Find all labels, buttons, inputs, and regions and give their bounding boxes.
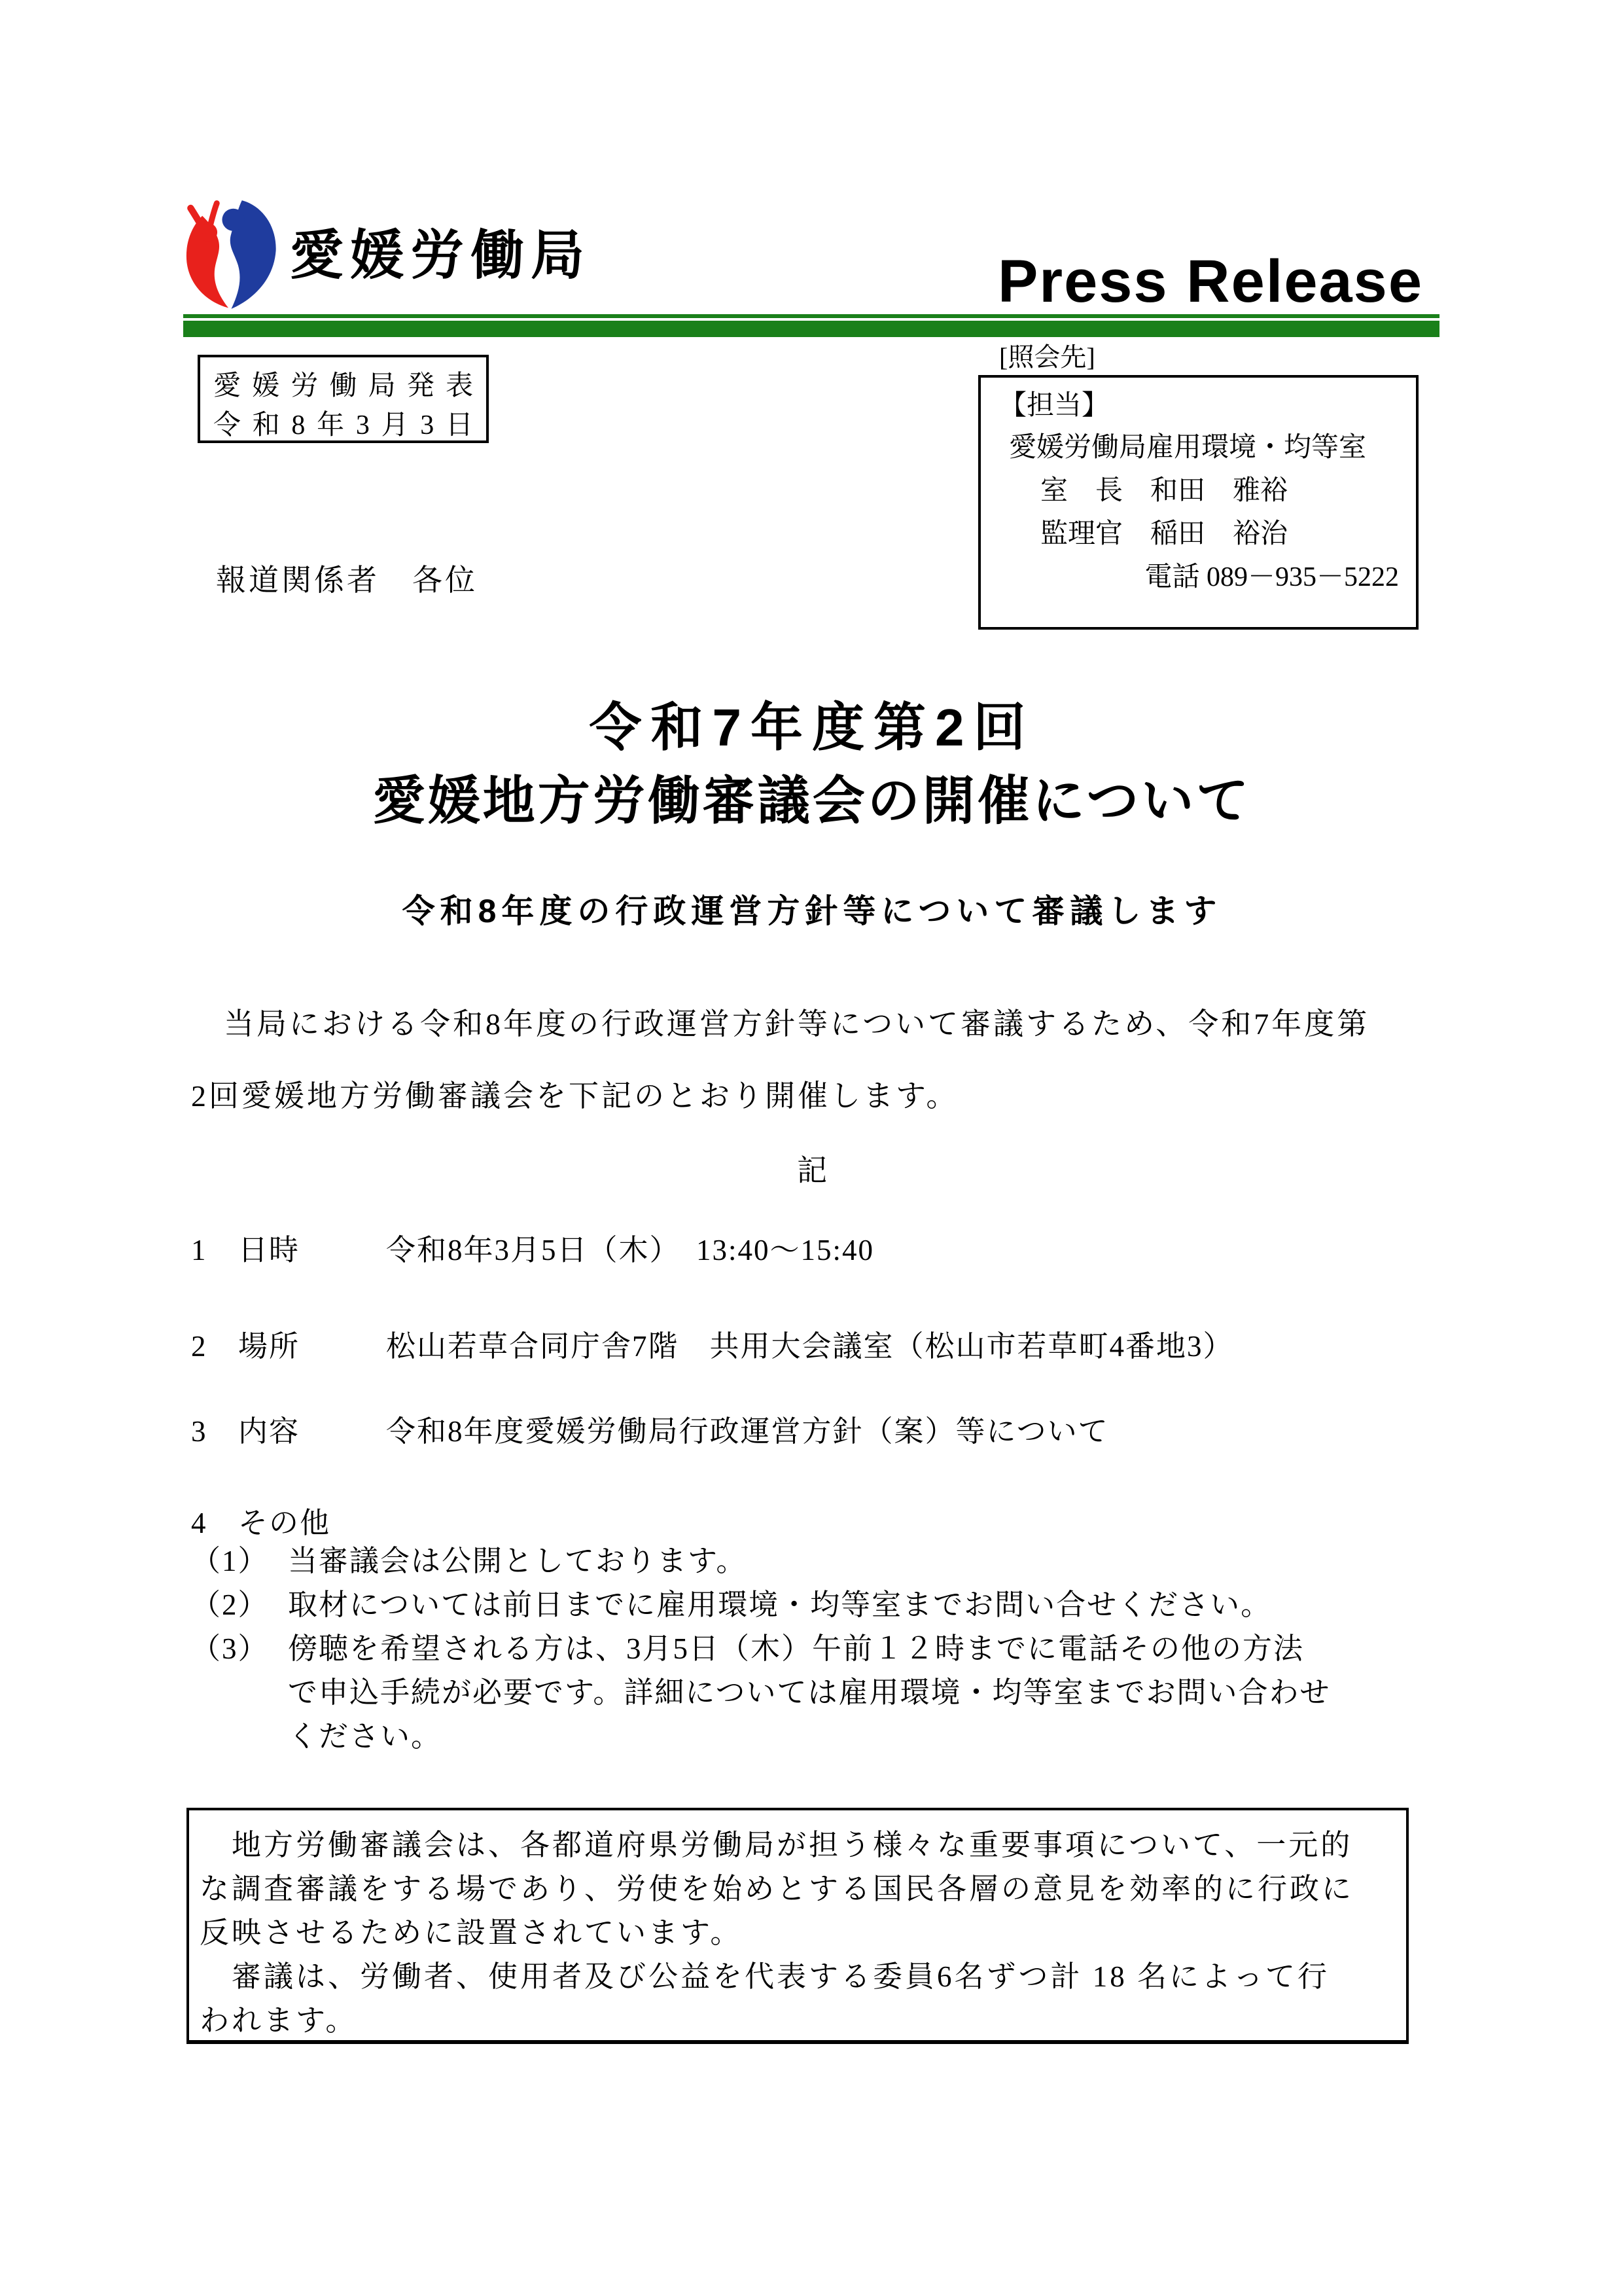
others-subitem-1: （1）当審議会は公開としております。: [191, 1539, 747, 1583]
title-line2: 愛媛地方労働審議会の開催について: [0, 764, 1624, 838]
item-others-heading: 4その他: [191, 1499, 330, 1541]
note-line: 反映させるために設置されています。: [200, 1911, 1397, 1955]
contact-phone: 電話 089－935－5222: [999, 556, 1399, 599]
addressee: 報道関係者 各位: [216, 556, 478, 600]
subitem-marker: （3）: [191, 1627, 288, 1671]
others-subitem-3: （3） 傍聴を希望される方は、3月5日（木）午前１２時までに電話その他の方法 で…: [191, 1627, 1331, 1759]
others-subitem-2: （2）取材については前日までに雇用環境・均等室までお問い合せください。: [191, 1583, 1271, 1627]
item-label: 場所: [238, 1322, 386, 1365]
item-value: 令和8年3月5日（木） 13:40～15:40: [386, 1234, 874, 1266]
note-line: 地方労働審議会は、各都道府県労働局が担う様々な重要事項について、一元的: [200, 1823, 1397, 1867]
item-label: 日時: [238, 1226, 386, 1268]
item-number: 2: [191, 1329, 238, 1363]
document-title: 令和7年度第2回 愛媛地方労働審議会の開催について: [0, 691, 1624, 838]
item-number: 1: [191, 1233, 238, 1267]
note-line: 審議は、労働者、使用者及び公益を代表する委員6名ずつ計 18 名によって行: [200, 1955, 1397, 1999]
press-release-page: 愛媛労働局 Press Release 愛媛労働局発表 令和8年3月3日 [照会…: [0, 0, 1624, 2296]
item-label: その他: [238, 1507, 330, 1539]
body-line: 2回愛媛地方労働審議会を下記のとおり開催します。: [191, 1060, 1434, 1132]
subitem-line: 傍聴を希望される方は、3月5日（木）午前１２時までに電話その他の方法: [288, 1627, 1331, 1671]
green-rule-thick: [183, 321, 1439, 337]
body-line: 当局における令和8年度の行政運営方針等について審議するため、令和7年度第: [191, 988, 1434, 1060]
item-number: 4: [191, 1506, 238, 1540]
subitem-line: 取材については前日までに雇用環境・均等室までお問い合せください。: [288, 1583, 1271, 1627]
note-box: 地方労働審議会は、各都道府県労働局が担う様々な重要事項について、一元的 な調査審…: [186, 1808, 1409, 2044]
subitem-line: で申込手続が必要です。詳細については雇用環境・均等室までお問い合わせ: [288, 1671, 1331, 1715]
green-rule-thin: [183, 314, 1439, 318]
subitem-marker: （2）: [191, 1583, 288, 1627]
subitem-marker: （1）: [191, 1539, 288, 1583]
press-release-title: Press Release: [998, 251, 1423, 312]
ki-marker: 記: [0, 1147, 1624, 1190]
contact-person-supervisor: 監理官 稲田 裕治: [999, 512, 1399, 556]
item-place: 2場所松山若草合同庁舎7階 共用大会議室（松山市若草町4番地3）: [191, 1322, 1234, 1365]
title-line1: 令和7年度第2回: [0, 691, 1624, 764]
item-value: 松山若草合同庁舎7階 共用大会議室（松山市若草町4番地3）: [386, 1330, 1234, 1363]
document-subtitle: 令和8年度の行政運営方針等について審議します: [0, 885, 1624, 932]
contact-box: 【担当】 愛媛労働局雇用環境・均等室 室 長 和田 雅裕 監理官 稲田 裕治 電…: [978, 375, 1419, 630]
note-line: な調査審議をする場であり、労使を始めとする国民各層の意見を効率的に行政に: [200, 1867, 1397, 1911]
item-content: 3内容令和8年度愛媛労働局行政運営方針（案）等について: [191, 1407, 1109, 1450]
agency-name: 愛媛労働局: [290, 226, 591, 285]
inquiry-label: [照会先]: [999, 336, 1095, 374]
contact-heading: 【担当】: [999, 386, 1399, 426]
announcement-box: 愛媛労働局発表 令和8年3月3日: [198, 355, 489, 443]
contact-person-chief: 室 長 和田 雅裕: [999, 469, 1399, 512]
item-datetime: 1日時令和8年3月5日（木） 13:40～15:40: [191, 1226, 874, 1268]
body-paragraph: 当局における令和8年度の行政運営方針等について審議するため、令和7年度第 2回愛…: [191, 988, 1434, 1132]
announcement-agency: 愛媛労働局発表: [213, 364, 473, 403]
subitem-line: ください。: [288, 1715, 1331, 1759]
subitem-line: 当審議会は公開としております。: [288, 1539, 747, 1583]
item-value: 令和8年度愛媛労働局行政運営方針（案）等について: [386, 1415, 1109, 1448]
contact-department: 愛媛労働局雇用環境・均等室: [999, 426, 1399, 469]
ehime-labour-bureau-logo-icon: [184, 198, 281, 311]
item-label: 内容: [238, 1407, 386, 1450]
item-number: 3: [191, 1414, 238, 1448]
announcement-date: 令和8年3月3日: [213, 403, 473, 442]
note-line: われます。: [200, 1999, 1397, 2043]
